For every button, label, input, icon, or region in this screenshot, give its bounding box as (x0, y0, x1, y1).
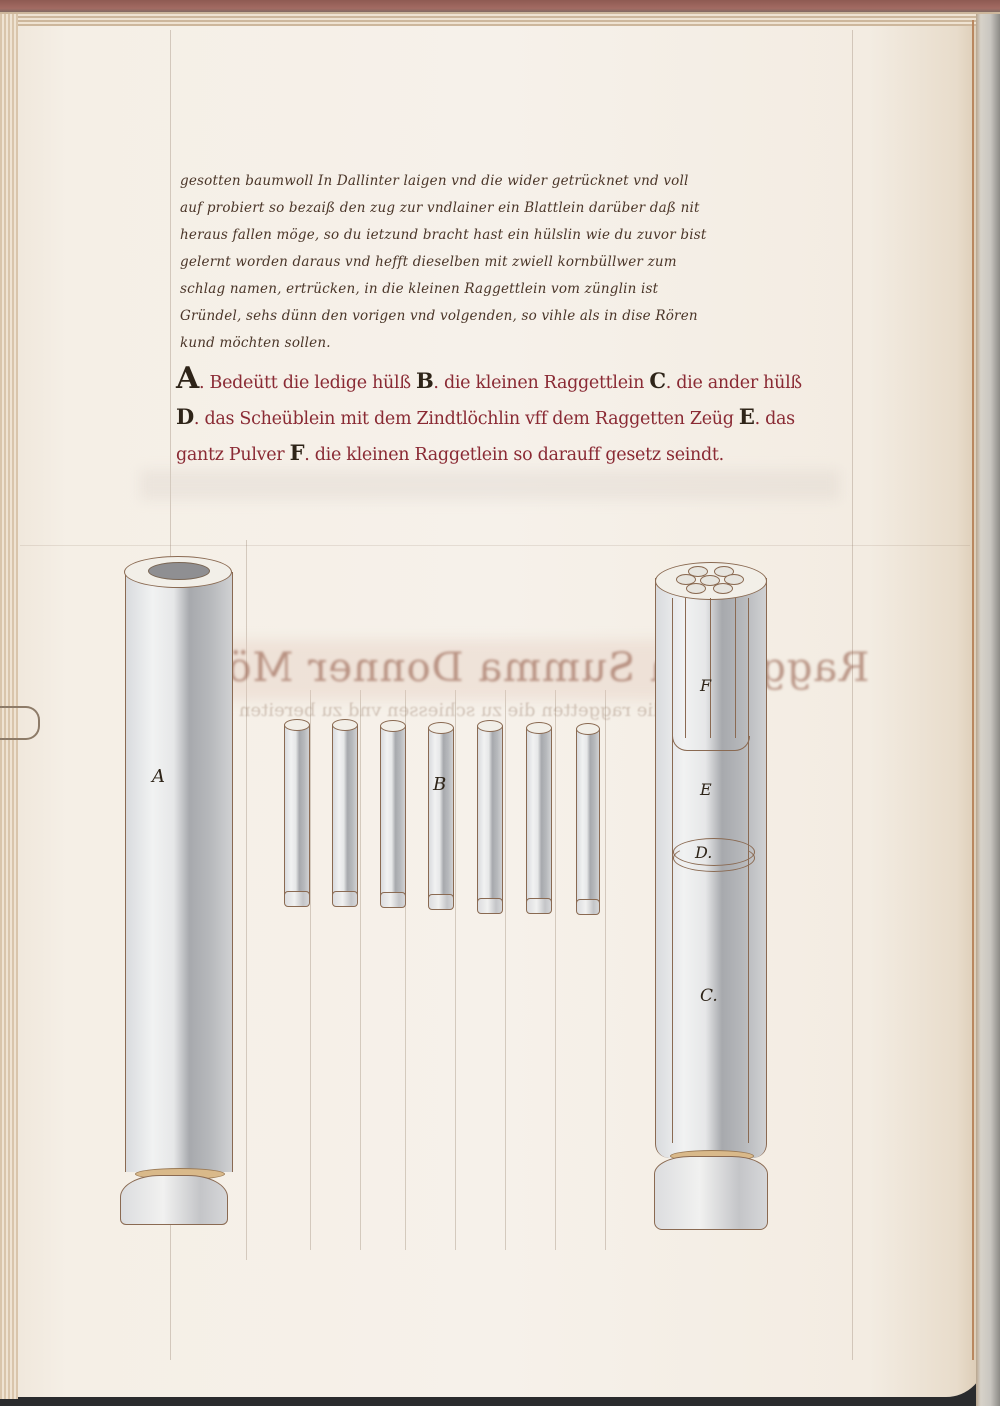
caption-key-a: A (176, 361, 199, 396)
mini-rocket-end (713, 583, 733, 594)
small-rocket-top (477, 720, 503, 732)
casing-base (654, 1156, 768, 1230)
caption-text: . das Scheüblein mit dem Zindtlöchlin vf… (194, 409, 739, 429)
caption-text: gantz Pulver (176, 445, 290, 465)
disc-d-edge (673, 844, 755, 872)
figure-label-b: B (433, 774, 446, 795)
caption-text: . die ander hülß (666, 373, 802, 393)
small-rocket-top (284, 719, 310, 731)
figure-caption: A. Bedeütt die ledige hülß B. die kleine… (176, 362, 856, 472)
caption-text: . das (755, 409, 795, 429)
figure-label-c: C. (700, 986, 718, 1006)
small-rocket-body (526, 728, 552, 904)
mini-rocket-line (685, 598, 686, 738)
ruling-line (505, 690, 506, 1250)
book-binding-right (976, 14, 1000, 1406)
small-rocket-top (428, 722, 454, 734)
small-rocket-base (576, 899, 600, 915)
inner-wall-line (672, 598, 673, 1143)
text-line: kund möchten sollen. (180, 330, 845, 357)
page-gutter-line (972, 20, 974, 1360)
caption-key-d: D (176, 404, 194, 429)
caption-key-c: C (649, 368, 665, 393)
ruling-line-right (852, 30, 853, 1360)
figure-label-e: E (700, 780, 712, 799)
mini-rockets-bottom (672, 736, 750, 751)
small-rocket-top (332, 719, 358, 731)
main-text-block: gesotten baumwoll In Dallinter laigen vn… (180, 168, 845, 357)
text-line: schlag namen, ertrücken, in die kleinen … (180, 276, 845, 303)
small-rocket-body (477, 726, 503, 904)
tube-bore (148, 562, 210, 580)
bleed-through-stain (140, 470, 840, 500)
mini-rocket-line (710, 598, 711, 738)
small-rocket-base (526, 898, 552, 914)
text-line: gesotten baumwoll In Dallinter laigen vn… (180, 168, 845, 195)
caption-key-b: B (416, 368, 433, 393)
mini-rocket-end (686, 583, 706, 594)
tube-base (120, 1175, 228, 1225)
caption-text: . die kleinen Raggettlein (433, 373, 649, 393)
small-rocket-top (576, 723, 600, 735)
small-rocket-top (526, 722, 552, 734)
ruling-line (310, 690, 311, 1250)
ruling-line (605, 690, 606, 1250)
mini-rocket-line (735, 598, 736, 738)
ruling-line (455, 690, 456, 1250)
small-rocket-body (428, 728, 454, 900)
small-rocket-body (332, 725, 358, 897)
caption-text: . Bedeütt die ledige hülß (199, 373, 416, 393)
small-rocket-base (284, 891, 310, 907)
text-line: gelernt worden daraus vnd hefft dieselbe… (180, 249, 845, 276)
small-rocket-body (576, 729, 600, 905)
caption-line-2: D. das Scheüblein mit dem Zindtlöchlin v… (176, 400, 856, 436)
text-line: auf probiert so bezaiß den zug zur vndla… (180, 195, 845, 222)
figure-label-d: D. (695, 843, 712, 862)
caption-key-f: F (290, 440, 305, 465)
caption-line-3: gantz Pulver F. die kleinen Raggetlein s… (176, 436, 856, 472)
small-rocket-body (380, 726, 406, 898)
ruling-line (360, 690, 361, 1250)
text-line: heraus fallen möge, so du ietzund bracht… (180, 222, 845, 249)
small-rocket-base (477, 898, 503, 914)
small-rocket-body (284, 725, 310, 897)
figure-label-a: A (152, 766, 165, 787)
small-rocket-base (380, 892, 406, 908)
paper-clip-icon (0, 706, 40, 740)
stacked-page-edges-top (0, 12, 1000, 26)
small-rocket-base (428, 894, 454, 910)
tube-body (125, 572, 233, 1172)
caption-text: . die kleinen Raggetlein so darauff gese… (304, 445, 724, 465)
bleed-through-subheading: s ion die raggetten die zu schiessen vnd… (195, 700, 714, 721)
inner-wall-line (748, 598, 749, 1143)
ruling-line (555, 690, 556, 1250)
ruling-line (20, 545, 970, 546)
caption-key-e: E (739, 404, 755, 429)
small-rocket-base (332, 891, 358, 907)
figure-label-f: F (700, 676, 711, 695)
text-line: Gründel, sehs dünn den vorigen vnd volge… (180, 303, 845, 330)
small-rocket-top (380, 720, 406, 732)
caption-line-1: A. Bedeütt die ledige hülß B. die kleine… (176, 362, 856, 400)
